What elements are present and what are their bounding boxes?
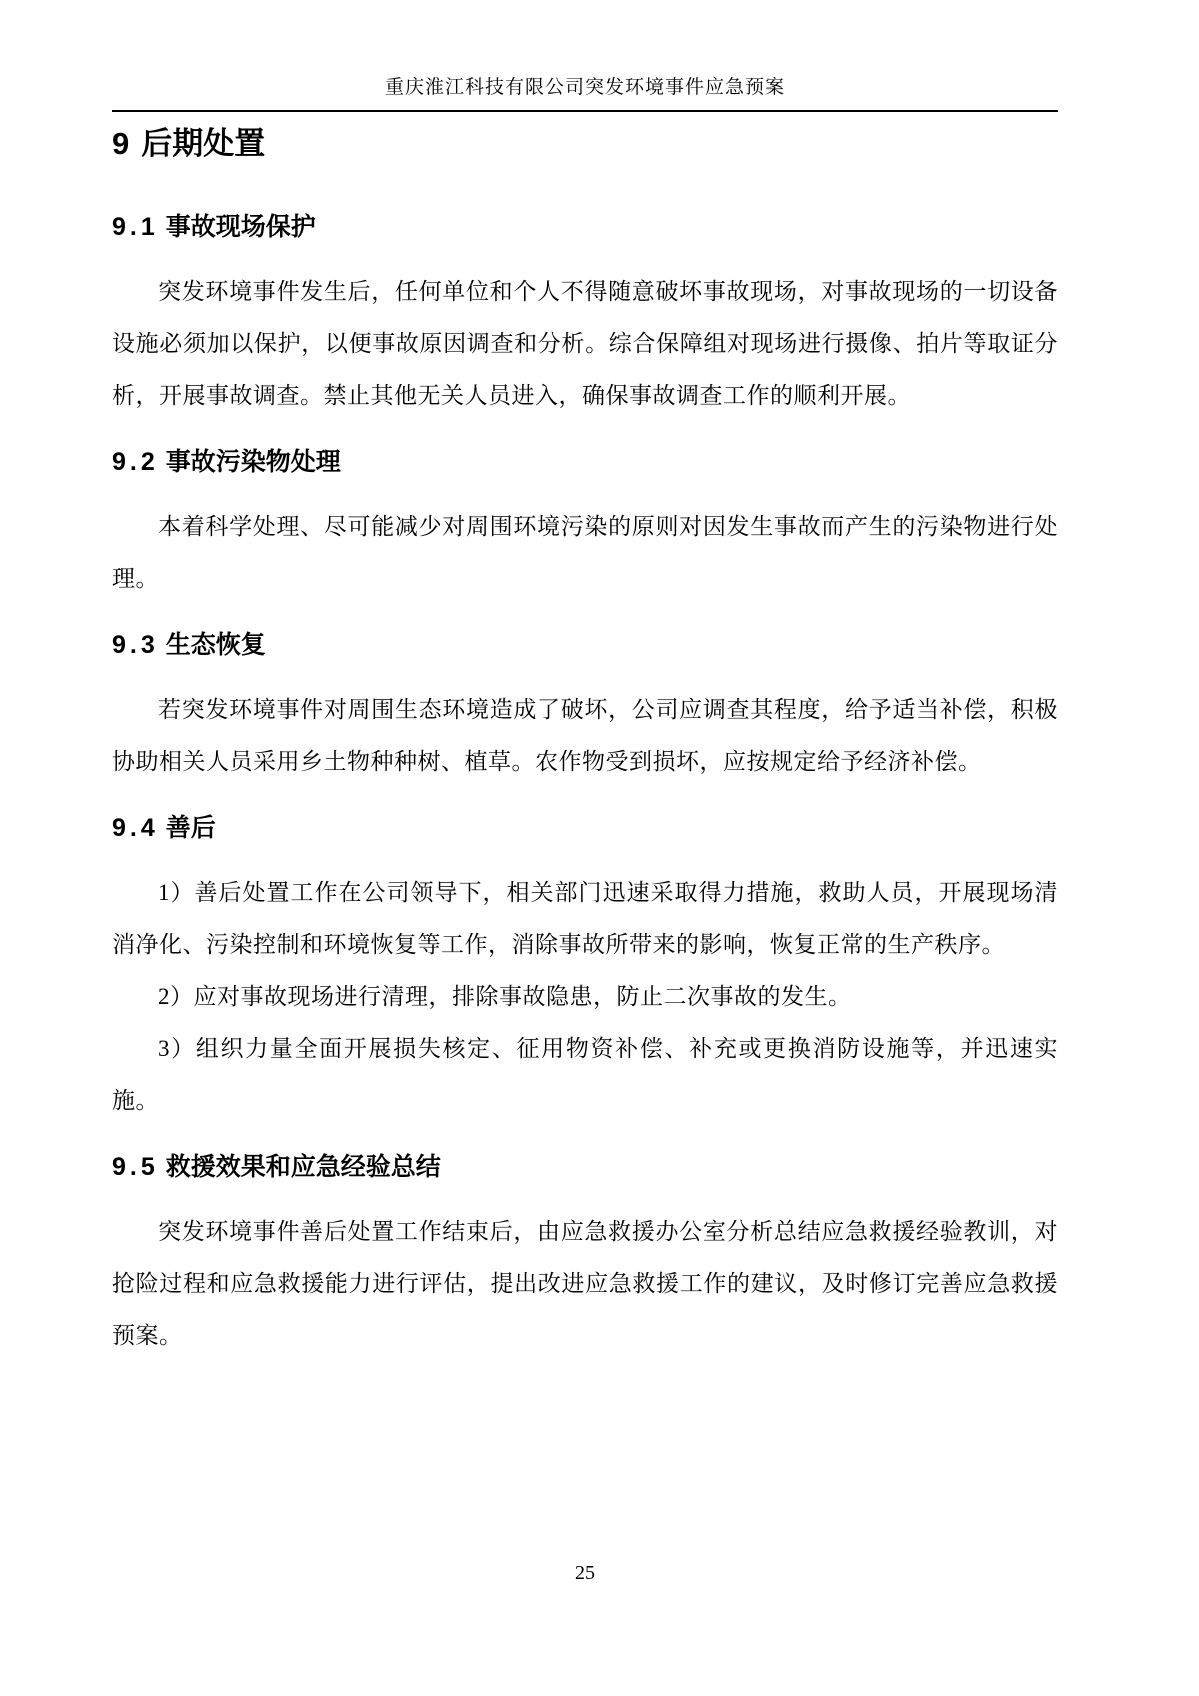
section-number: 9.4 — [112, 814, 159, 842]
section-heading-9-4: 9.4善后 — [112, 810, 1058, 846]
page-footer: 25 — [112, 1558, 1058, 1588]
section-number: 9.5 — [112, 1153, 159, 1181]
section-heading-9-2: 9.2事故污染物处理 — [112, 444, 1058, 480]
chapter-heading: 9后期处置 — [112, 123, 1058, 165]
body-paragraph: 突发环境事件善后处置工作结束后，由应急救援办公室分析总结应急救援经验教训，对抢险… — [112, 1206, 1058, 1362]
section-title: 事故现场保护 — [166, 213, 316, 241]
document-page: 重庆淮江科技有限公司突发环境事件应急预案 9后期处置 9.1事故现场保护 突发环… — [0, 0, 1199, 1696]
section-title: 救援效果和应急经验总结 — [166, 1153, 441, 1181]
page-content: 重庆淮江科技有限公司突发环境事件应急预案 9后期处置 9.1事故现场保护 突发环… — [112, 0, 1058, 1362]
section-heading-9-1: 9.1事故现场保护 — [112, 209, 1058, 245]
page-number: 25 — [575, 1562, 595, 1584]
chapter-number: 9 — [112, 126, 129, 161]
body-paragraph: 1）善后处置工作在公司领导下，相关部门迅速采取得力措施，救助人员，开展现场清消净… — [112, 867, 1058, 971]
section-heading-9-3: 9.3生态恢复 — [112, 627, 1058, 663]
section-number: 9.3 — [112, 631, 159, 659]
section-title: 事故污染物处理 — [166, 448, 341, 476]
section-title: 善后 — [166, 814, 216, 842]
section-number: 9.2 — [112, 448, 159, 476]
header-title: 重庆淮江科技有限公司突发环境事件应急预案 — [385, 77, 785, 98]
section-number: 9.1 — [112, 213, 159, 241]
body-paragraph: 若突发环境事件对周围生态环境造成了破坏，公司应调查其程度，给予适当补偿，积极协助… — [112, 684, 1058, 788]
section-heading-9-5: 9.5救援效果和应急经验总结 — [112, 1149, 1058, 1185]
body-paragraph: 2）应对事故现场进行清理，排除事故隐患，防止二次事故的发生。 — [112, 971, 1058, 1023]
page-header: 重庆淮江科技有限公司突发环境事件应急预案 — [112, 0, 1058, 112]
body-paragraph: 本着科学处理、尽可能减少对周围环境污染的原则对因发生事故而产生的污染物进行处理。 — [112, 501, 1058, 605]
chapter-title: 后期处置 — [141, 126, 265, 161]
body-paragraph: 突发环境事件发生后，任何单位和个人不得随意破坏事故现场，对事故现场的一切设备设施… — [112, 266, 1058, 422]
body-paragraph: 3）组织力量全面开展损失核定、征用物资补偿、补充或更换消防设施等，并迅速实施。 — [112, 1023, 1058, 1127]
section-title: 生态恢复 — [166, 631, 266, 659]
